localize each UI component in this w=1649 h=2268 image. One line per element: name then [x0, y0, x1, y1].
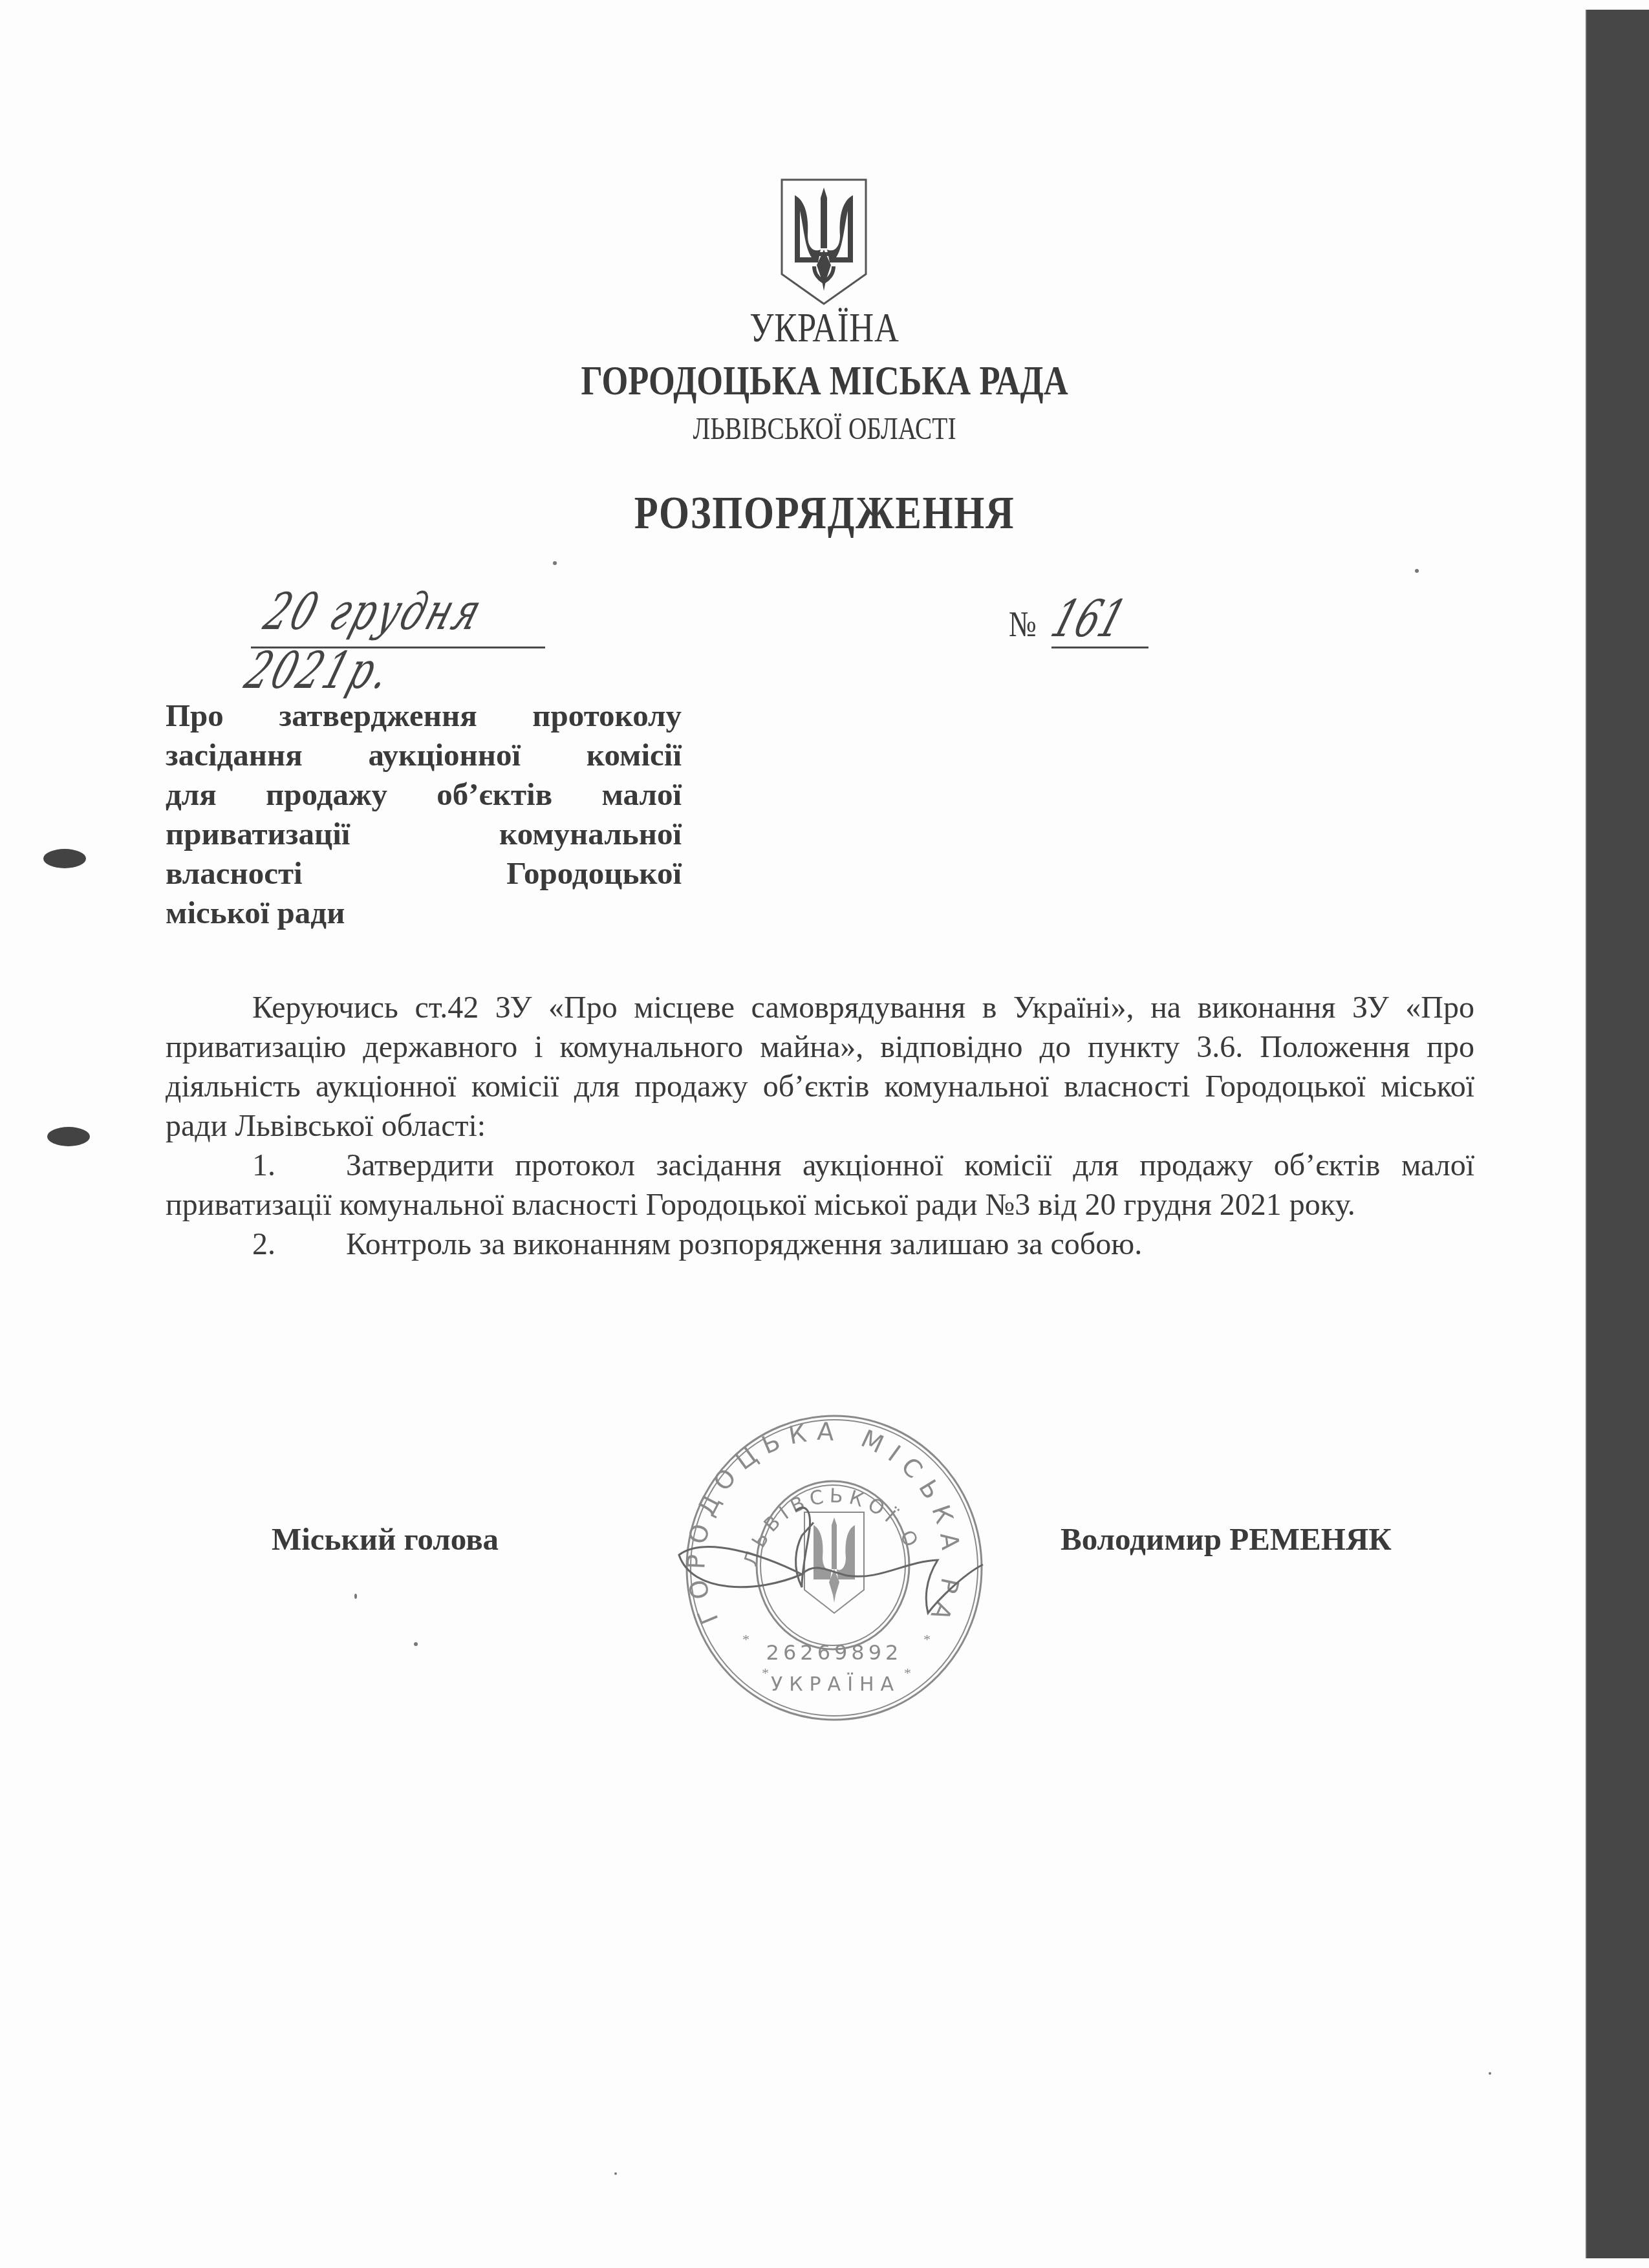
- document-date: 20 грудня 2021р.: [251, 595, 613, 653]
- country-heading: УКРАЇНА: [149, 304, 1501, 352]
- scan-edge-strip: [1586, 10, 1649, 2258]
- handwritten-date: 20 грудня 2021р.: [238, 583, 632, 701]
- signatory-title: Міський голова: [272, 1521, 499, 1557]
- oblast-heading: ЛЬВІВСЬКОЇ ОБЛАСТІ: [149, 411, 1501, 447]
- scan-speck: [354, 1594, 357, 1599]
- official-stamp: ГОРОДОЦЬКА МІСЬКА РАДА ЛЬВІВСЬКОЇ ОБЛАСТ…: [666, 1406, 1002, 1729]
- item-number: 1.: [252, 1146, 346, 1185]
- number-underline: [1051, 647, 1148, 648]
- scan-speck: [553, 561, 557, 565]
- item-text: Контроль за виконанням розпорядження зал…: [346, 1227, 1142, 1261]
- council-heading: ГОРОДОЦЬКА МІСЬКА РАДА: [149, 357, 1501, 405]
- svg-text:*: *: [904, 1665, 911, 1681]
- svg-text:*: *: [923, 1631, 931, 1647]
- subject-line: міської ради: [166, 893, 682, 932]
- document-body: Керуючись ст.42 ЗУ «Про місцеве самовряд…: [166, 988, 1474, 1264]
- punch-hole: [43, 849, 86, 868]
- coat-of-arms-icon: [779, 177, 868, 306]
- stamp-emblem-icon: [804, 1512, 864, 1613]
- document-type-heading: РОЗПОРЯДЖЕННЯ: [132, 486, 1517, 540]
- date-underline: [251, 647, 545, 648]
- subject-line: Про затвердження протоколу: [166, 696, 682, 735]
- item-number: 2.: [252, 1225, 346, 1264]
- scan-speck: [1489, 2072, 1491, 2075]
- punch-hole: [47, 1127, 90, 1146]
- document-number: № 161: [1009, 595, 1151, 653]
- stamp-bottom-text: УКРАЇНА: [771, 1673, 900, 1696]
- scan-speck: [614, 2172, 617, 2175]
- order-item: 1.Затвердити протокол засідання аукціонн…: [166, 1146, 1474, 1225]
- svg-text:*: *: [762, 1665, 769, 1681]
- preamble-paragraph: Керуючись ст.42 ЗУ «Про місцеве самовряд…: [166, 988, 1474, 1146]
- signatory-name: Володимир РЕМЕНЯК: [1061, 1521, 1392, 1557]
- scan-speck: [1415, 569, 1419, 573]
- subject-line: засідання аукціонної комісії: [166, 735, 682, 775]
- subject-line: власності Городоцької: [166, 853, 682, 893]
- document-subject: Про затвердження протоколу засідання аук…: [166, 696, 682, 932]
- stamp-code: 26269892: [766, 1640, 903, 1665]
- subject-line: для продажу об’єктів малої: [166, 775, 682, 814]
- svg-text:*: *: [742, 1631, 749, 1647]
- order-item: 2.Контроль за виконанням розпорядження з…: [166, 1225, 1474, 1264]
- item-text: Затвердити протокол засідання аукціонної…: [166, 1148, 1474, 1222]
- scan-speck: [414, 1642, 418, 1646]
- subject-line: приватизації комунальної: [166, 814, 682, 853]
- handwritten-number: 161: [1044, 590, 1132, 649]
- number-sign: №: [1009, 604, 1037, 645]
